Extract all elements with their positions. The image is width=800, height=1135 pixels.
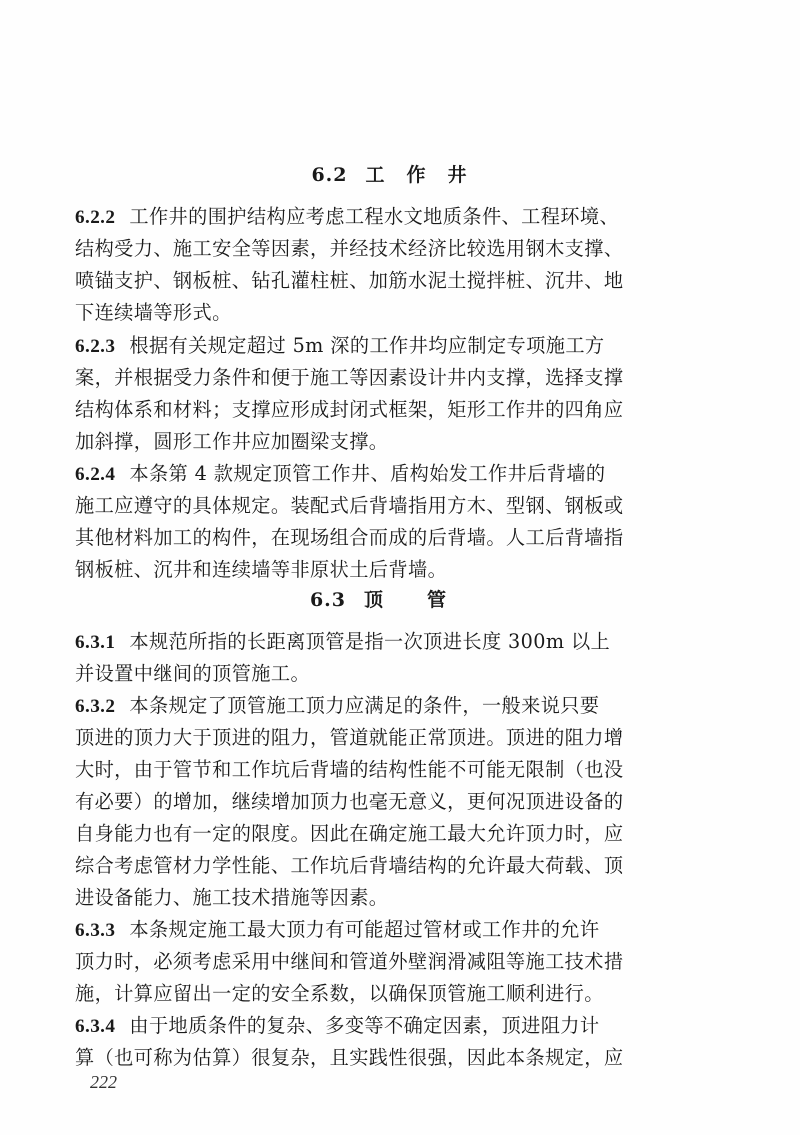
clause-6-3-2-line-6: 综合考虑管材力学性能、工作坑后背墙结构的允许最大荷载、顶 — [75, 854, 735, 878]
clause-6-2-3-line-4: 加斜撑，圆形工作井应加圈梁支撑。 — [75, 430, 735, 454]
clause-number: 6.3.3 — [75, 920, 115, 941]
clause-6-3-3-line-2: 顶力时，必须考虑采用中继间和管道外壁润滑减阻等施工技术措 — [75, 950, 735, 974]
clause-6-3-3-line-1: 6.3.3本条规定施工最大顶力有可能超过管材或工作井的允许 — [75, 918, 735, 943]
clause-6-2-3-line-1: 6.2.3根据有关规定超过 5m 深的工作井均应制定专项施工方 — [75, 334, 735, 359]
clause-6-2-3-line-2: 案，并根据受力条件和便于施工等因素设计井内支撑，选择支撑 — [75, 366, 735, 390]
section-title-text: 顶管 — [364, 589, 490, 611]
clause-6-2-2-line-1: 6.2.2工作井的围护结构应考虑工程水文地质条件、工程环境、 — [75, 205, 735, 230]
clause-6-3-4-line-2: 算（也可称为估算）很复杂，且实践性很强，因此本条规定，应 — [75, 1046, 735, 1070]
page-number: 222 — [90, 1072, 117, 1093]
clause-6-2-2-line-4: 下连续墙等形式。 — [75, 301, 735, 325]
clause-6-3-2-line-4: 有必要）的增加，继续增加顶力也毫无意义，更何况顶进设备的 — [75, 790, 735, 814]
section-number: 6.3 — [310, 589, 346, 611]
clause-number: 6.2.2 — [75, 207, 115, 228]
section-heading-6-3: 6.3顶管 — [0, 585, 800, 612]
clause-number: 6.3.1 — [75, 632, 115, 653]
clause-6-3-3-line-3: 施，计算应留出一定的安全系数，以确保顶管施工顺利进行。 — [75, 982, 735, 1006]
clause-number: 6.3.2 — [75, 696, 115, 717]
section-heading-6-2: 6.2工作井 — [0, 160, 800, 187]
clause-number: 6.2.3 — [75, 336, 115, 357]
clause-6-3-4-line-1: 6.3.4由于地质条件的复杂、多变等不确定因素，顶进阻力计 — [75, 1014, 735, 1039]
clause-6-3-1-line-2: 并设置中继间的顶管施工。 — [75, 662, 735, 686]
clause-6-2-4-line-1: 6.2.4本条第 4 款规定顶管工作井、盾构始发工作井后背墙的 — [75, 462, 735, 487]
clause-6-3-2-line-2: 顶进的顶力大于顶进的阻力，管道就能正常顶进。顶进的阻力增 — [75, 726, 735, 750]
clause-6-3-2-line-7: 进设备能力、施工技术措施等因素。 — [75, 886, 735, 910]
section-title-text: 工作井 — [366, 164, 489, 186]
clause-6-2-4-line-2: 施工应遵守的具体规定。装配式后背墙指用方木、型钢、钢板或 — [75, 494, 735, 518]
clause-6-2-4-line-4: 钢板桩、沉井和连续墙等非原状土后背墙。 — [75, 558, 735, 582]
section-number: 6.2 — [311, 164, 347, 186]
clause-6-2-2-line-2: 结构受力、施工安全等因素，并经技术经济比较选用钢木支撑、 — [75, 237, 735, 261]
clause-6-3-2-line-1: 6.3.2本条规定了顶管施工顶力应满足的条件，一般来说只要 — [75, 694, 735, 719]
clause-6-2-2-line-3: 喷锚支护、钢板桩、钻孔灌柱桩、加筋水泥土搅拌桩、沉井、地 — [75, 269, 735, 293]
clause-6-3-1-line-1: 6.3.1本规范所指的长距离顶管是指一次顶进长度 300m 以上 — [75, 630, 735, 655]
clause-text: 由于地质条件的复杂、多变等不确定因素，顶进阻力计 — [129, 1014, 599, 1037]
clause-number: 6.2.4 — [75, 464, 115, 485]
clause-6-3-2-line-3: 大时，由于管节和工作坑后背墙的结构性能不可能无限制（也没 — [75, 758, 735, 782]
clause-text: 本条第 4 款规定顶管工作井、盾构始发工作井后背墙的 — [129, 462, 605, 485]
clause-6-2-3-line-3: 结构体系和材料；支撑应形成封闭式框架，矩形工作井的四角应 — [75, 398, 735, 422]
clause-number: 6.3.4 — [75, 1016, 115, 1037]
clause-text: 工作井的围护结构应考虑工程水文地质条件、工程环境、 — [129, 205, 619, 228]
clause-text: 本规范所指的长距离顶管是指一次顶进长度 300m 以上 — [129, 630, 610, 653]
clause-6-3-2-line-5: 自身能力也有一定的限度。因此在确定施工最大允许顶力时，应 — [75, 822, 735, 846]
clause-text: 本条规定施工最大顶力有可能超过管材或工作井的允许 — [129, 918, 599, 941]
document-page: 6.2工作井 6.2.2工作井的围护结构应考虑工程水文地质条件、工程环境、 结构… — [0, 0, 800, 1135]
clause-6-2-4-line-3: 其他材料加工的构件，在现场组合而成的后背墙。人工后背墙指 — [75, 526, 735, 550]
clause-text: 根据有关规定超过 5m 深的工作井均应制定专项施工方 — [129, 334, 604, 357]
clause-text: 本条规定了顶管施工顶力应满足的条件，一般来说只要 — [129, 694, 599, 717]
